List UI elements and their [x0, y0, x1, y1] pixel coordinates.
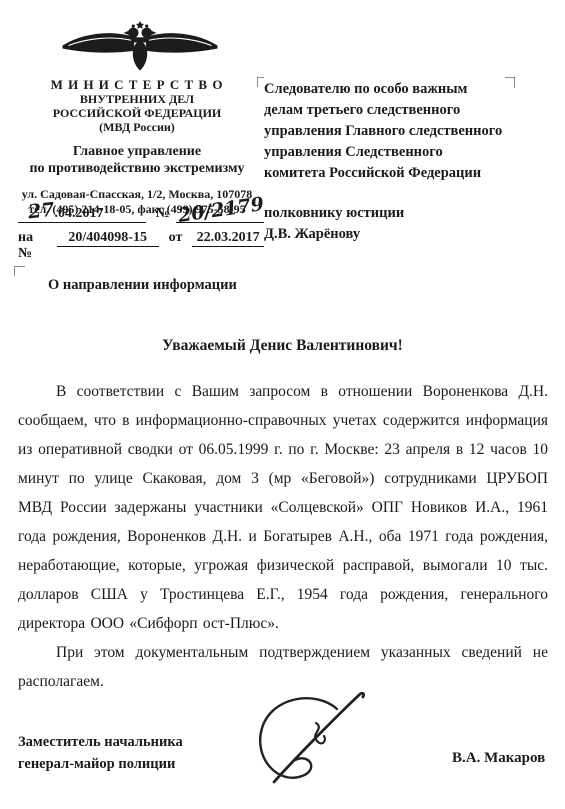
salutation: Уважаемый Денис Валентинович! [0, 337, 565, 355]
letterhead: М И Н И С Т Е Р С Т В О ВНУТРЕННИХ ДЕЛ Р… [8, 77, 266, 217]
outgoing-reference-row: 27.04.2017 № 20/2179 [18, 204, 264, 223]
department-line: по противодействию экстремизму [8, 160, 266, 177]
reply-label: на № [18, 230, 49, 262]
reply-number-field: 20/404098-15 [57, 230, 159, 247]
reference-block: 27.04.2017 № 20/2179 на № 20/404098-15 о… [18, 204, 264, 262]
addressee-line: Следователю по особо важным [264, 79, 526, 100]
outgoing-date-field: 27.04.2017 [18, 204, 146, 223]
handwritten-day: 27 [27, 203, 55, 220]
ministry-line: РОССИЙСКОЙ ФЕДЕРАЦИИ [8, 106, 266, 120]
addressee-corner-mark-left [257, 77, 264, 87]
addressee-rank: полковнику юстиции [264, 203, 526, 224]
signer-name: В.А. Макаров [452, 750, 545, 767]
letter-page: М И Н И С Т Е Р С Т В О ВНУТРЕННИХ ДЕЛ Р… [0, 0, 565, 809]
mvd-double-headed-eagle-emblem [58, 20, 222, 74]
signer-position-line: генерал-майор полиции [18, 753, 183, 775]
signer-position-line: Заместитель начальника [18, 731, 183, 753]
reply-reference-row: на № 20/404098-15 от 22.03.2017 [18, 230, 264, 262]
ministry-line: (МВД России) [8, 120, 266, 134]
addressee-line: управления Главного следственного [264, 121, 526, 142]
outgoing-number-field: 20/2179 [176, 204, 264, 223]
ministry-line: М И Н И С Т Е Р С Т В О [8, 77, 266, 92]
addressee-line: делам третьего следственного [264, 100, 526, 121]
from-label: от [169, 230, 183, 246]
department-line: Главное управление [8, 143, 266, 160]
date-typed: .04.2017 [54, 206, 103, 221]
subject-line: О направлении информации [48, 277, 237, 294]
addressee-line: комитета Российской Федерации [264, 163, 526, 184]
signature-scribble [246, 687, 378, 793]
addressee-block: Следователю по особо важным делам третье… [264, 79, 526, 245]
ministry-line: ВНУТРЕННИХ ДЕЛ [8, 92, 266, 106]
signer-position: Заместитель начальника генерал-майор пол… [18, 731, 183, 775]
number-sign-label: № [156, 206, 170, 222]
left-margin-corner-mark [14, 266, 25, 276]
body-paragraph-1: В соответствии с Вашим запросом в отноше… [18, 377, 548, 638]
reply-date-field: 22.03.2017 [192, 230, 264, 247]
addressee-line: управления Следственного [264, 142, 526, 163]
addressee-name: Д.В. Жарёнову [264, 224, 526, 245]
letter-body: В соответствии с Вашим запросом в отноше… [18, 377, 548, 696]
